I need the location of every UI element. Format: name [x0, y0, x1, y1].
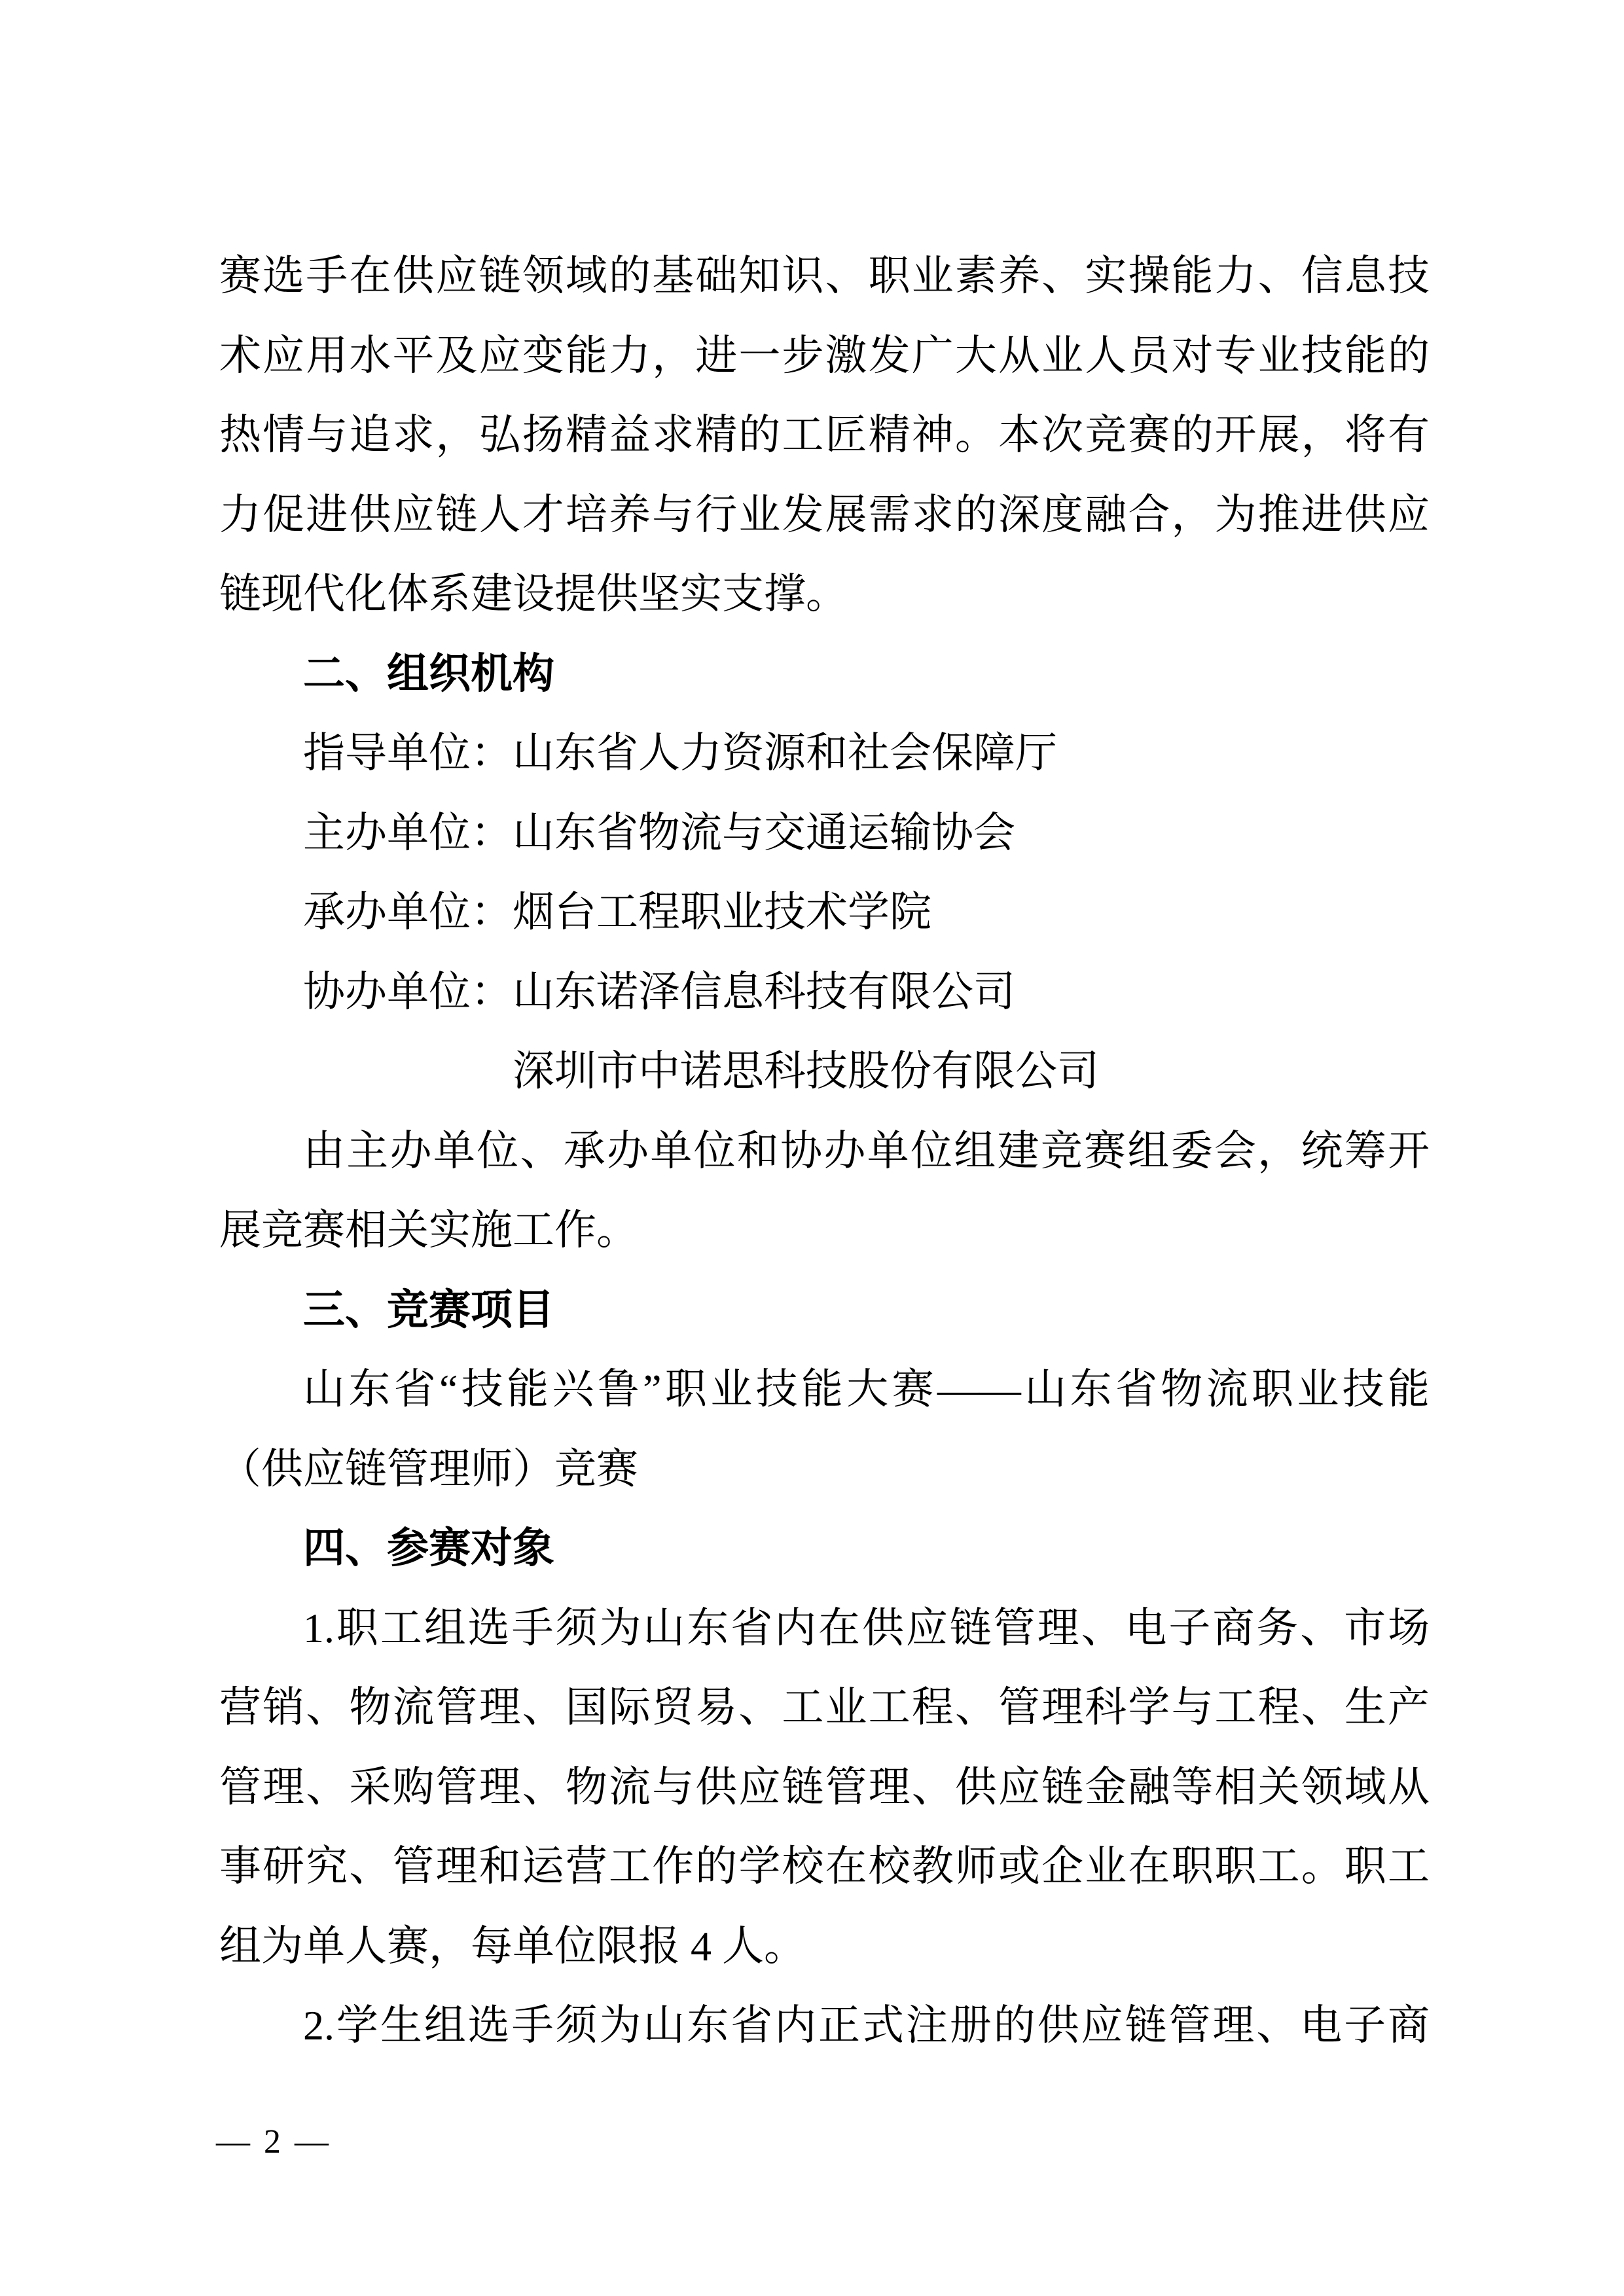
body-line: 组为单人赛，每单位限报 4 人。: [219, 1907, 1430, 1986]
body-line-co-organizer-unit-2: 深圳市中诺思科技股份有限公司: [219, 1031, 1430, 1111]
body-line: （供应链管理师）竞赛: [219, 1429, 1430, 1509]
section-heading-competition-items: 三、竞赛项目: [219, 1270, 1430, 1350]
document-page: 赛选手在供应链领域的基础知识、职业素养、实操能力、信息技 术应用水平及应变能力，…: [0, 0, 1624, 2296]
body-line-host-unit: 主办单位：山东省物流与交通运输协会: [219, 793, 1430, 873]
body-line: 山东省“技能兴鲁”职业技能大赛——山东省物流职业技能: [219, 1350, 1430, 1429]
body-line-organizer-unit: 承办单位：烟台工程职业技术学院: [219, 872, 1430, 952]
section-heading-organization: 二、组织机构: [219, 634, 1430, 714]
document-body: 赛选手在供应链领域的基础知识、职业素养、实操能力、信息技 术应用水平及应变能力，…: [219, 236, 1430, 2066]
body-line: 术应用水平及应变能力，进一步激发广大从业人员对专业技能的: [219, 316, 1430, 396]
body-line: 链现代化体系建设提供坚实支撑。: [219, 554, 1430, 634]
body-line: 2.学生组选手须为山东省内正式注册的供应链管理、电子商: [219, 1986, 1430, 2066]
body-line-co-organizer-unit: 协办单位：山东诺泽信息科技有限公司: [219, 952, 1430, 1032]
body-line: 由主办单位、承办单位和协办单位组建竞赛组委会，统筹开: [219, 1111, 1430, 1191]
body-line: 1.职工组选手须为山东省内在供应链管理、电子商务、市场: [219, 1588, 1430, 1668]
body-line: 事研究、管理和运营工作的学校在校教师或企业在职职工。职工: [219, 1827, 1430, 1907]
body-line: 展竞赛相关实施工作。: [219, 1191, 1430, 1270]
body-line-guiding-unit: 指导单位：山东省人力资源和社会保障厅: [219, 713, 1430, 793]
body-line: 力促进供应链人才培养与行业发展需求的深度融合，为推进供应: [219, 475, 1430, 555]
footer-page-number: — 2 —: [216, 2119, 331, 2165]
body-line: 热情与追求，弘扬精益求精的工匠精神。本次竞赛的开展，将有: [219, 395, 1430, 475]
section-heading-participants: 四、参赛对象: [219, 1509, 1430, 1588]
body-line: 营销、物流管理、国际贸易、工业工程、管理科学与工程、生产: [219, 1668, 1430, 1748]
body-line: 赛选手在供应链领域的基础知识、职业素养、实操能力、信息技: [219, 236, 1430, 316]
body-line: 管理、采购管理、物流与供应链管理、供应链金融等相关领域从: [219, 1748, 1430, 1827]
